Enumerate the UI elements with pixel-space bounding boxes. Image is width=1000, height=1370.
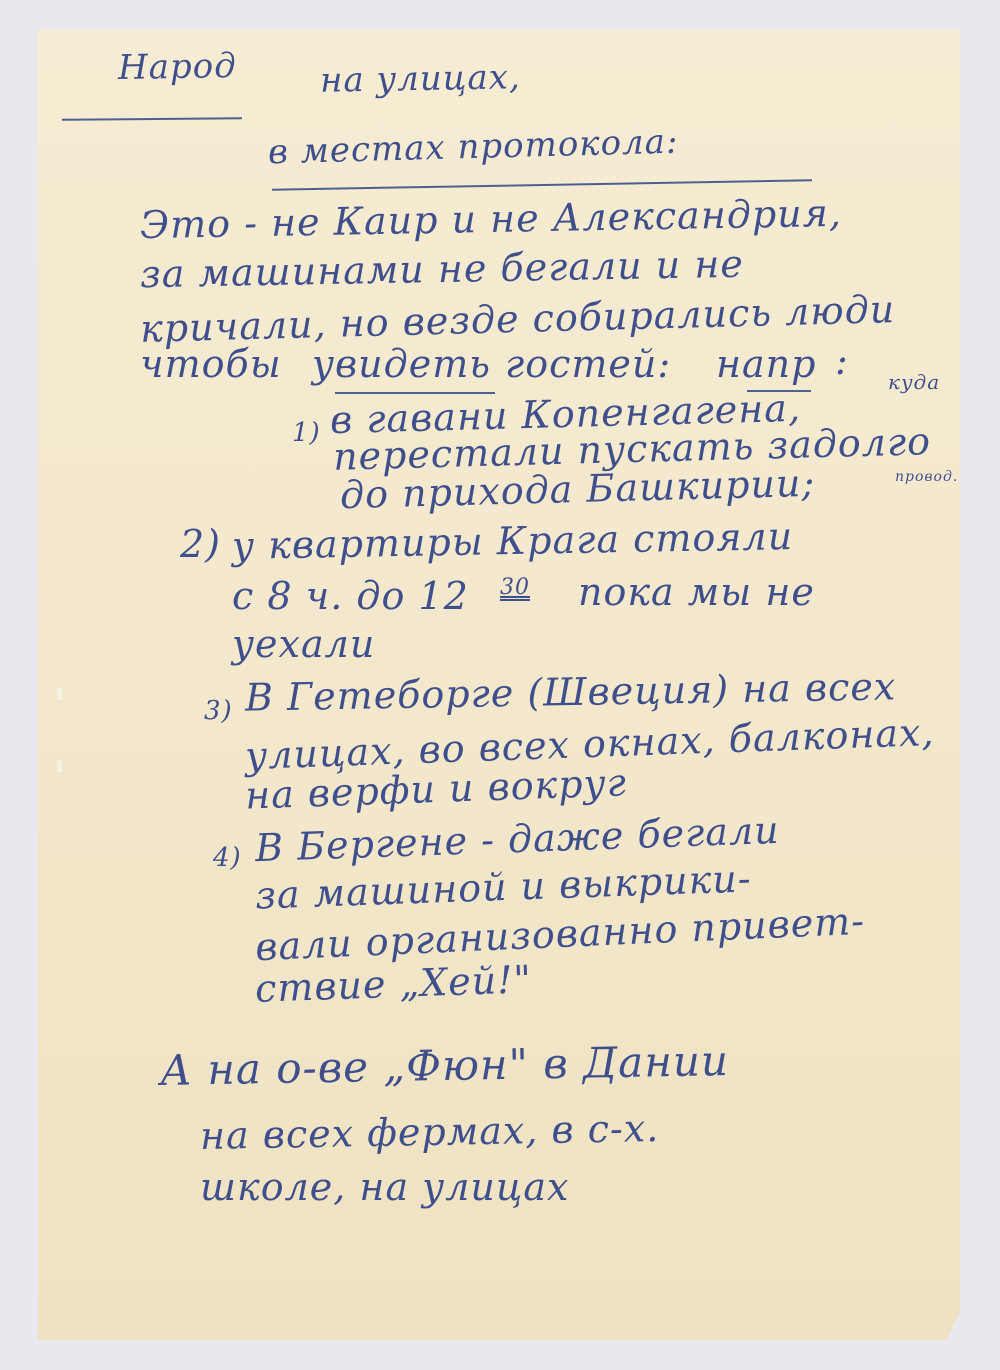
item-4-line-4: ствие „Хей!" xyxy=(254,960,532,1008)
intro-line-4-start: чтобы xyxy=(140,345,282,383)
title-line-1-rest: на улицах, xyxy=(320,60,521,97)
item-3-marker: 3) xyxy=(204,698,233,724)
title-word-narod: Народ xyxy=(118,49,237,85)
intro-word-gostei: гостей: xyxy=(505,345,671,383)
closing-line-3: школе, на улицах xyxy=(200,1168,570,1206)
item-1-marker: 1) xyxy=(292,420,321,446)
item-4-marker: 4) xyxy=(213,845,242,871)
item-2-marker: 2) xyxy=(180,525,221,563)
binder-hole xyxy=(57,760,62,772)
closing-line-2: на всех фермах, в с-х. xyxy=(200,1109,660,1155)
item-1-note-provod: провод. xyxy=(895,470,958,484)
intro-word-napr: напр xyxy=(716,345,816,383)
item-1-line-3: до прихода Башкирии; xyxy=(340,464,816,514)
intro-line-1: Это - не Каир и не Александрия, xyxy=(140,194,842,244)
intro-line-2: за машинами не бегали и не xyxy=(140,245,744,294)
item-2-line-2: с 8 ч. до 12 xyxy=(232,577,469,615)
closing-line-1: А на о-ве „Фюн" в Дании xyxy=(160,1040,730,1092)
binder-hole xyxy=(57,688,62,700)
item-1-kuda: куда xyxy=(888,372,940,392)
intro-word-uvidet: увидеть xyxy=(312,345,491,383)
item-2-line-1: у квартиры Крага стояли xyxy=(232,517,794,565)
item-2-line-3: уехали xyxy=(232,625,375,663)
item-3-line-1: В Гетеборге (Швеция) на всех xyxy=(245,667,897,716)
item-2-line-2-end: пока мы не xyxy=(578,573,815,611)
intro-colon: : xyxy=(835,342,849,380)
title-line-2: в местах протокола: xyxy=(268,125,679,170)
